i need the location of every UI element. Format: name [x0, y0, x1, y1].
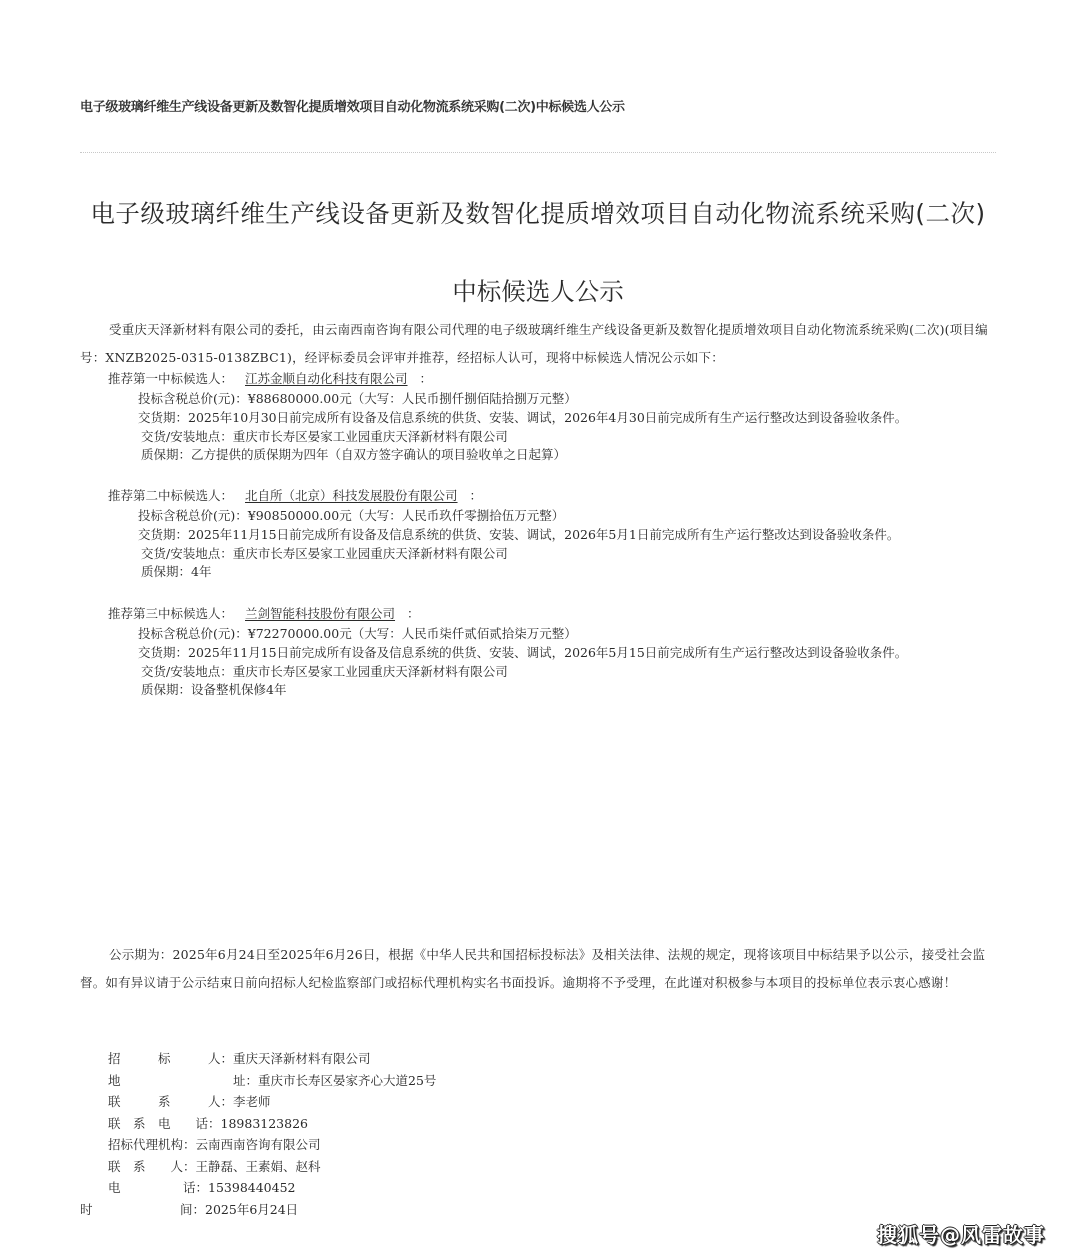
contact-row-tenderer: 招 标 人：重庆天泽新材料有限公司	[108, 1048, 436, 1070]
contact-label: 招 标 人：	[108, 1048, 233, 1070]
contact-value: 重庆市长寿区晏家齐心大道25号	[258, 1073, 436, 1088]
candidate-suffix: ：	[470, 488, 483, 503]
candidate-location: 交货/安装地点：重庆市长寿区晏家工业园重庆天泽新材料有限公司	[108, 545, 899, 564]
candidate-label: 推荐第三中标候选人：	[108, 606, 233, 621]
candidate-heading: 推荐第一中标候选人：江苏金顺自动化科技有限公司：	[108, 368, 907, 390]
candidate-block-2: 推荐第二中标候选人：北自所（北京）科技发展股份有限公司： 投标含税总价(元)：¥…	[108, 485, 899, 582]
candidate-label: 推荐第一中标候选人：	[108, 371, 233, 386]
contact-value: 2025年6月24日	[205, 1202, 298, 1217]
candidate-price: 投标含税总价(元)：¥72270000.00元（大写：人民币柒仟贰佰贰拾柒万元整…	[108, 625, 907, 644]
contact-value: 18983123826	[221, 1116, 308, 1131]
header-divider	[80, 152, 996, 153]
candidate-block-1: 推荐第一中标候选人：江苏金顺自动化科技有限公司： 投标含税总价(元)：¥8868…	[108, 368, 907, 465]
candidate-price: 投标含税总价(元)：¥88680000.00元（大写：人民币捌仟捌佰陆拾捌万元整…	[108, 390, 907, 409]
candidate-name: 江苏金顺自动化科技有限公司	[233, 371, 420, 386]
contact-row-contact-person: 联 系 人：李老师	[108, 1091, 436, 1113]
candidate-suffix: ：	[420, 371, 433, 386]
document-subtitle: 中标候选人公示	[80, 274, 996, 310]
candidate-suffix: ：	[407, 606, 420, 621]
candidate-warranty: 质保期：4年	[108, 563, 899, 582]
contact-label: 时 间：	[80, 1199, 205, 1221]
contact-row-agency-phone: 电 话：15398440452	[108, 1177, 436, 1199]
candidate-delivery: 交货期：2025年11月15日前完成所有设备及信息系统的供货、安装、调试，202…	[108, 526, 899, 545]
candidate-name: 北自所（北京）科技发展股份有限公司	[233, 488, 470, 503]
contact-label: 联 系 人：	[108, 1091, 233, 1113]
page-header-title: 电子级玻璃纤维生产线设备更新及数智化提质增效项目自动化物流系统采购(二次)中标候…	[80, 96, 625, 115]
contact-label: 招标代理机构：	[108, 1134, 196, 1156]
document-title: 电子级玻璃纤维生产线设备更新及数智化提质增效项目自动化物流系统采购(二次)	[80, 194, 996, 234]
candidate-delivery: 交货期：2025年10月30日前完成所有设备及信息系统的供货、安装、调试，202…	[108, 409, 907, 428]
candidate-warranty: 质保期：设备整机保修4年	[108, 681, 907, 700]
candidate-location: 交货/安装地点：重庆市长寿区晏家工业园重庆天泽新材料有限公司	[108, 663, 907, 682]
candidate-price: 投标含税总价(元)：¥90850000.00元（大写：人民币玖仟零捌拾伍万元整）	[108, 507, 899, 526]
contact-row-address: 地 址：重庆市长寿区晏家齐心大道25号	[108, 1070, 436, 1092]
contact-value: 王静磊、王素娟、赵科	[196, 1159, 321, 1174]
watermark: 搜狐号@风雷故事	[877, 1219, 1045, 1248]
candidate-delivery: 交货期：2025年11月15日前完成所有设备及信息系统的供货、安装、调试，202…	[108, 644, 907, 663]
candidate-label: 推荐第二中标候选人：	[108, 488, 233, 503]
contact-label: 联 系 电 话：	[108, 1113, 221, 1135]
candidate-block-3: 推荐第三中标候选人：兰剑智能科技股份有限公司： 投标含税总价(元)：¥72270…	[108, 603, 907, 700]
contact-value: 李老师	[233, 1094, 271, 1109]
contact-row-date: 时 间：2025年6月24日	[80, 1199, 436, 1221]
candidate-warranty: 质保期：乙方提供的质保期为四年（自双方签字确认的项目验收单之日起算）	[108, 446, 907, 465]
contact-label: 电 话：	[108, 1177, 208, 1199]
contact-value: 重庆天泽新材料有限公司	[233, 1051, 371, 1066]
contact-row-agency-contacts: 联 系 人：王静磊、王素娟、赵科	[108, 1156, 436, 1178]
contact-value: 云南西南咨询有限公司	[196, 1137, 321, 1152]
candidate-name: 兰剑智能科技股份有限公司	[233, 606, 407, 621]
contact-row-phone: 联 系 电 话：18983123826	[108, 1113, 436, 1135]
intro-paragraph: 受重庆天泽新材料有限公司的委托，由云南西南咨询有限公司代理的电子级玻璃纤维生产线…	[80, 316, 996, 372]
contact-value: 15398440452	[208, 1180, 295, 1195]
contact-label: 联 系 人：	[108, 1156, 196, 1178]
candidate-heading: 推荐第三中标候选人：兰剑智能科技股份有限公司：	[108, 603, 907, 625]
candidate-heading: 推荐第二中标候选人：北自所（北京）科技发展股份有限公司：	[108, 485, 899, 507]
contact-row-agency: 招标代理机构：云南西南咨询有限公司	[108, 1134, 436, 1156]
publicity-notice: 公示期为：2025年6月24日至2025年6月26日，根据《中华人民共和国招标投…	[80, 941, 996, 997]
candidate-location: 交货/安装地点：重庆市长寿区晏家工业园重庆天泽新材料有限公司	[108, 428, 907, 447]
contact-info: 招 标 人：重庆天泽新材料有限公司 地 址：重庆市长寿区晏家齐心大道25号 联 …	[108, 1048, 436, 1220]
contact-label: 地 址：	[108, 1070, 258, 1092]
